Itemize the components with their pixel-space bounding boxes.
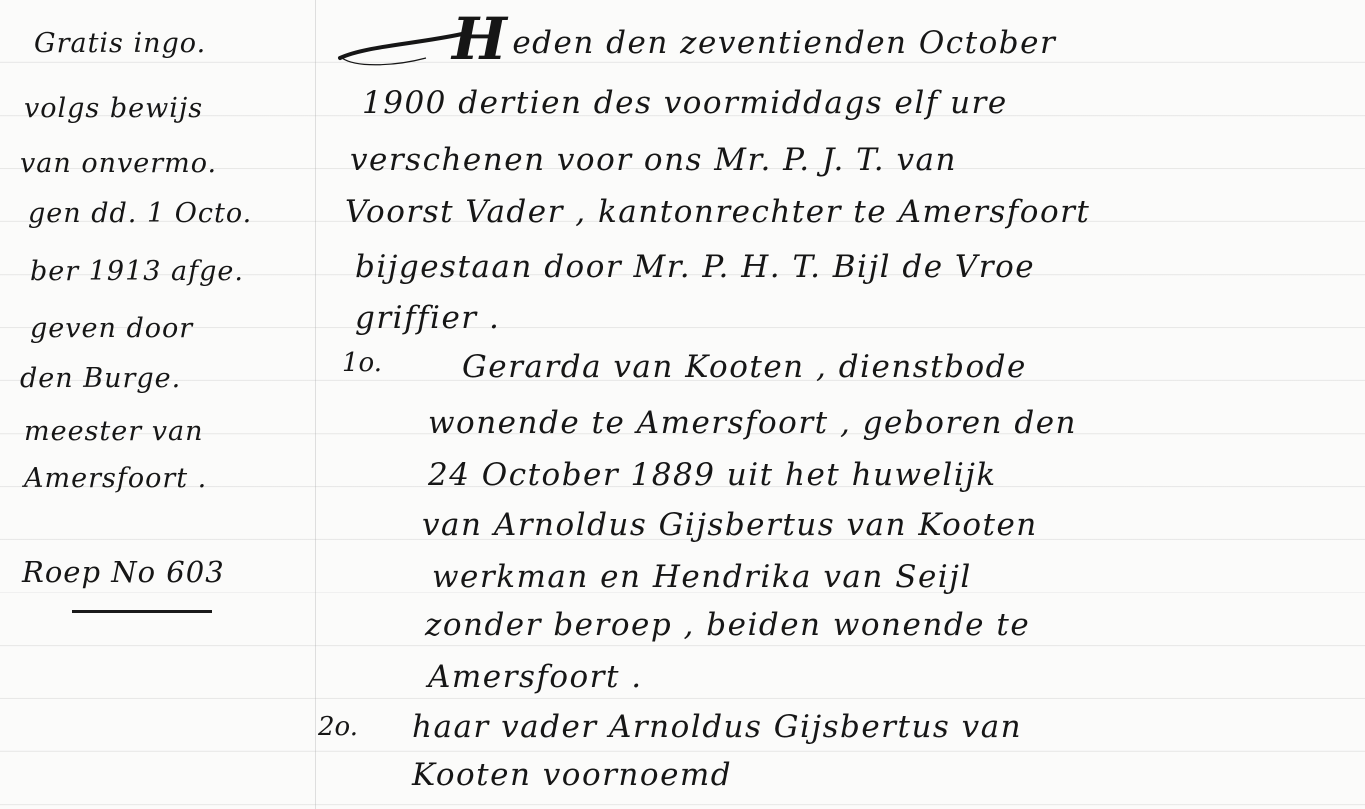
item-line: van Arnoldus Gijsbertus van Kooten	[422, 510, 1038, 541]
item-line: werkman en Hendrika van Seijl	[432, 562, 972, 593]
margin-line: volgs bewijs	[24, 95, 203, 122]
opening-initial: H	[452, 10, 508, 68]
item-line: Kooten voornoemd	[412, 760, 732, 791]
margin-rule	[315, 0, 316, 809]
item-line: Amersfoort .	[428, 662, 643, 693]
item-number: 1o.	[342, 348, 382, 378]
margin-line: meester van	[24, 418, 203, 445]
item-line: haar vader Arnoldus Gijsbertus van	[412, 712, 1022, 743]
body-line: bijgestaan door Mr. P. H. T. Bijl de Vro…	[355, 252, 1035, 283]
margin-line: Amersfoort .	[24, 465, 207, 492]
item-line: zonder beroep , beiden wonende te	[425, 610, 1030, 641]
margin-line: gen dd. 1 Octo.	[28, 200, 252, 227]
margin-line: Gratis ingo.	[34, 30, 206, 57]
margin-reference: Roep No 603	[22, 558, 225, 587]
margin-line: van onvermo.	[20, 150, 217, 177]
margin-line: den Burge.	[20, 365, 181, 392]
body-line: Voorst Vader , kantonrechter te Amersfoo…	[345, 197, 1090, 228]
margin-line: geven door	[30, 315, 193, 342]
flourish-ornament	[336, 28, 466, 68]
margin-line: ber 1913 afge.	[30, 258, 244, 285]
item-line: Gerarda van Kooten , dienstbode	[462, 352, 1027, 383]
body-line: griffier .	[355, 303, 500, 334]
reference-underline	[72, 610, 212, 613]
item-line: 24 October 1889 uit het huwelijk	[428, 460, 997, 491]
item-line: wonende te Amersfoort , geboren den	[428, 408, 1077, 439]
body-line: verschenen voor ons Mr. P. J. T. van	[350, 145, 957, 176]
body-line: 1900 dertien des voormiddags elf ure	[362, 88, 1008, 119]
document-page: Gratis ingo. volgs bewijs van onvermo. g…	[0, 0, 1365, 809]
body-line-1: Heden den zeventienden October	[452, 4, 1056, 62]
item-number: 2o.	[318, 712, 358, 742]
